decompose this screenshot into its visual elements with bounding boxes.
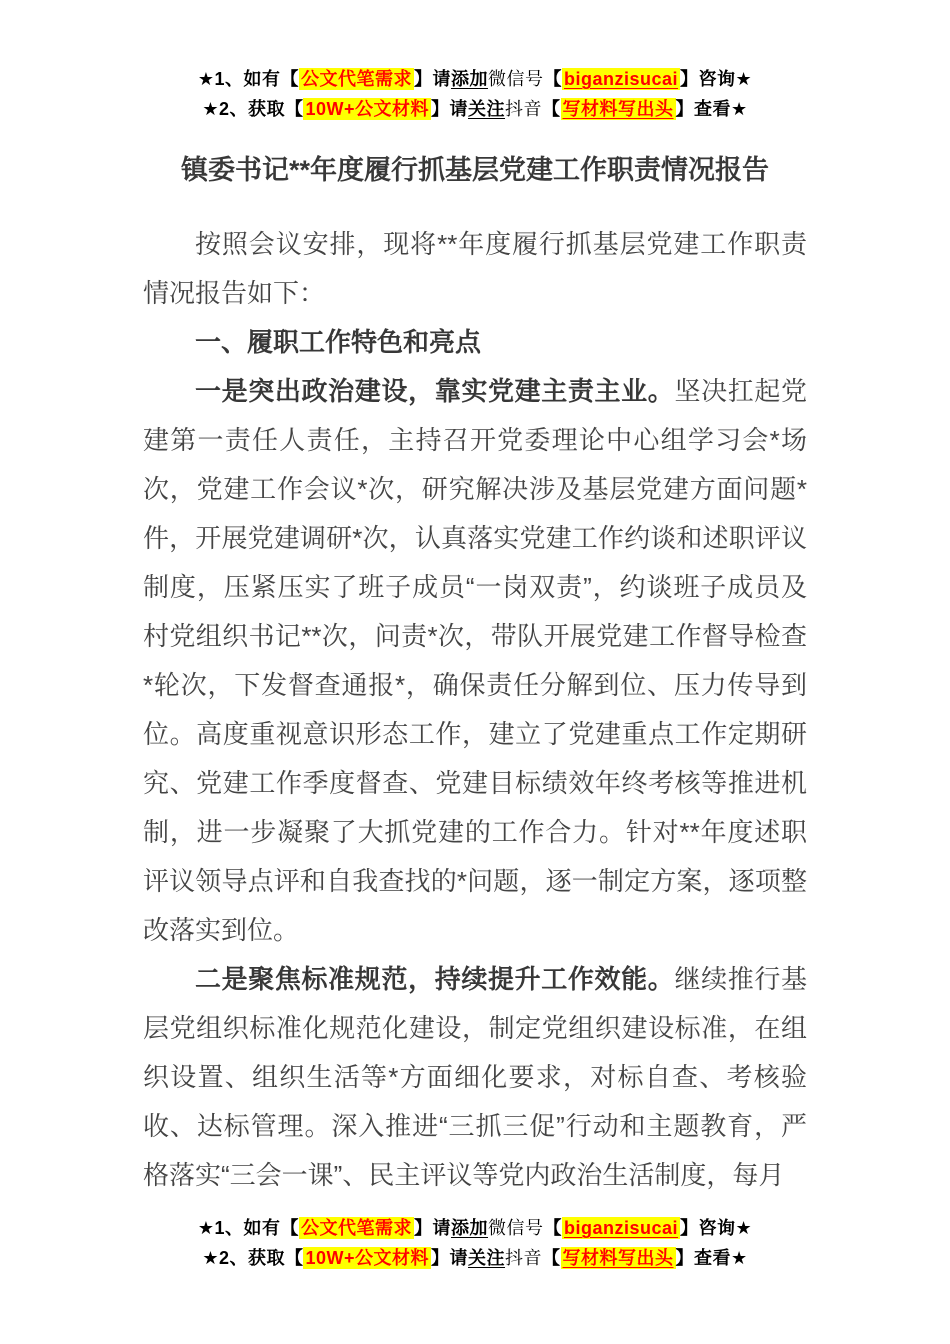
notice-highlight-text: biganzisucai xyxy=(562,1217,680,1239)
notice-text: 【 xyxy=(543,69,562,89)
notice-text: 【 xyxy=(542,99,561,119)
notice-text: ★1、如有【 xyxy=(198,69,299,89)
notice-highlight-text: 公文代笔需求 xyxy=(299,68,414,90)
document-body: 按照会议安排，现将**年度履行抓基层党建工作职责情况报告如下：一、履职工作特色和… xyxy=(143,220,807,1200)
notice-text: 添加 xyxy=(451,69,488,89)
notice-line-2: ★2、获取【10W+公文材料】请关注抖音【写材料写出头】查看★ xyxy=(0,94,950,124)
notice-text: ★1、如有【 xyxy=(198,1218,299,1238)
notice-text: 】咨询★ xyxy=(680,69,752,89)
notice-text: 微信号 xyxy=(488,69,544,89)
notice-text: 添加 xyxy=(451,1218,488,1238)
notice-text: 微信号 xyxy=(488,1218,544,1238)
notice-highlight-text: 写材料写出头 xyxy=(561,1247,676,1269)
paragraph: 一是突出政治建设，靠实党建主责主业。坚决扛起党建第一责任人责任，主持召开党委理论… xyxy=(143,367,807,955)
notice-text: 】请 xyxy=(431,99,468,119)
notice-highlight-text: 公文代笔需求 xyxy=(299,1217,414,1239)
notice-text: 】查看★ xyxy=(676,99,748,119)
document-page: ★1、如有【公文代笔需求】请添加微信号【biganzisucai】咨询★ ★2、… xyxy=(0,0,950,1273)
paragraph: 二是聚焦标准规范，持续提升工作效能。继续推行基层党组织标准化规范化建设，制定党组… xyxy=(143,955,807,1200)
notice-line-1: ★1、如有【公文代笔需求】请添加微信号【biganzisucai】咨询★ xyxy=(0,1213,950,1243)
notice-highlight-text: biganzisucai xyxy=(562,68,680,90)
notice-text: 】请 xyxy=(414,1218,451,1238)
notice-text: 】咨询★ xyxy=(680,1218,752,1238)
notice-text: ★2、获取【 xyxy=(202,99,303,119)
notice-text: 抖音 xyxy=(505,99,542,119)
notice-text: 【 xyxy=(543,1218,562,1238)
notice-text: 】请 xyxy=(431,1248,468,1268)
notice-line-2: ★2、获取【10W+公文材料】请关注抖音【写材料写出头】查看★ xyxy=(0,1243,950,1273)
document-title: 镇委书记**年度履行抓基层党建工作职责情况报告 xyxy=(80,150,870,190)
promo-notice-bottom: ★1、如有【公文代笔需求】请添加微信号【biganzisucai】咨询★ ★2、… xyxy=(0,1213,950,1273)
notice-text: 抖音 xyxy=(505,1248,542,1268)
paragraph-lead: 二是聚焦标准规范，持续提升工作效能。 xyxy=(195,964,674,994)
promo-notice-top: ★1、如有【公文代笔需求】请添加微信号【biganzisucai】咨询★ ★2、… xyxy=(0,64,950,124)
notice-text: ★2、获取【 xyxy=(202,1248,303,1268)
notice-highlight-text: 10W+公文材料 xyxy=(303,1247,431,1269)
paragraph: 按照会议安排，现将**年度履行抓基层党建工作职责情况报告如下： xyxy=(143,220,807,318)
notice-text: 】请 xyxy=(414,69,451,89)
section-heading: 一、履职工作特色和亮点 xyxy=(143,318,807,367)
notice-text: 【 xyxy=(542,1248,561,1268)
notice-line-1: ★1、如有【公文代笔需求】请添加微信号【biganzisucai】咨询★ xyxy=(0,64,950,94)
notice-text: 关注 xyxy=(468,1248,505,1268)
paragraph-lead: 一是突出政治建设，靠实党建主责主业。 xyxy=(195,376,674,406)
notice-highlight-text: 写材料写出头 xyxy=(561,98,676,120)
notice-text: 】查看★ xyxy=(676,1248,748,1268)
notice-highlight-text: 10W+公文材料 xyxy=(303,98,431,120)
notice-text: 关注 xyxy=(468,99,505,119)
